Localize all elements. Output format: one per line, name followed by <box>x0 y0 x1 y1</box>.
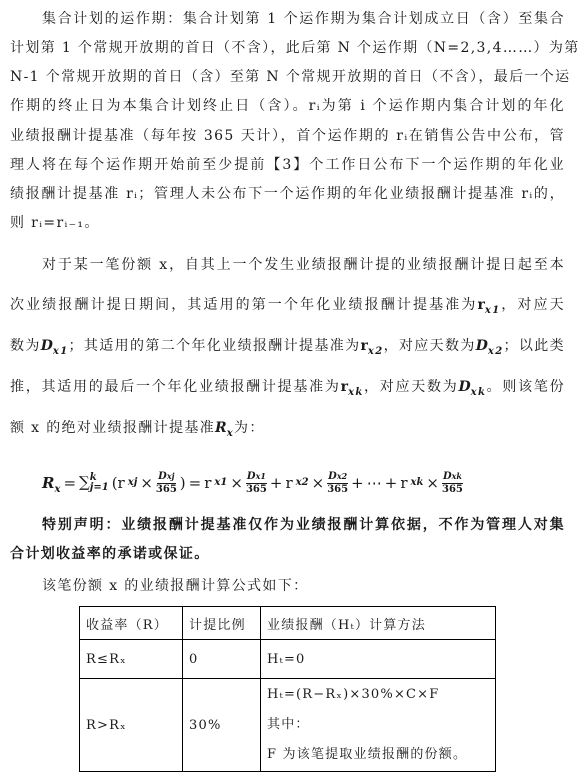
para1-line-1: 集合计划的运作期：集合计划第 1 个运作期为集合计划成立日（含）至集合 <box>42 9 565 29</box>
table-header-row: 收益率（R） 计提比例 业绩报酬（Hₜ）计算方法 <box>80 607 496 640</box>
var-R: R <box>215 420 227 436</box>
para2-line-1: 对于某一笔份额 x，自其上一个发生业绩报酬计提的业绩报酬计提日起至本 <box>42 255 565 275</box>
para2-line-4: 推，其适用的最后一个年化业绩报酬计提基准为rxk，对应天数为Dxk。则该笔份 <box>10 377 565 397</box>
para1-line-5: 业绩报酬计提基准（每年按 365 天计），首个运作期的 rᵢ在销售公告中公布，管 <box>10 126 565 146</box>
term-close: ) <box>180 474 186 492</box>
header-yield-rate: 收益率（R） <box>80 607 183 640</box>
var-sub: x1 <box>53 346 69 357</box>
var-r: r <box>478 297 485 313</box>
var-sub: xk <box>452 471 462 481</box>
var-d: D <box>247 471 256 482</box>
cell-condition: R≤Rₓ <box>80 640 183 679</box>
text: 。则该笔份 <box>486 379 565 395</box>
denominator: 365 <box>246 484 267 496</box>
para1-line-6: 理人将在每个运作期开始前至少提前【3】个工作日公布下一个运作期的年化业 <box>10 155 565 175</box>
sum-symbol: ∑ <box>79 473 90 491</box>
var-d: D <box>443 471 452 482</box>
text: 推，其适用的最后一个年化业绩报酬计提基准为 <box>10 379 341 395</box>
plus-sign: + <box>351 474 364 492</box>
para1-line-3: N-1 个常规开放期的首日（含）至第 N 个常规开放期的首日（不含），最后一个运 <box>10 67 565 87</box>
header-ratio: 计提比例 <box>183 607 261 640</box>
sum-lower: j=1 <box>90 483 109 493</box>
table-row: R>Rₓ 30% Hₜ=(R−Rₓ)×30%×C×F 其中： F 为该笔提取业绩… <box>80 679 496 772</box>
table-intro: 该笔份额 x 的业绩报酬计算公式如下： <box>42 576 565 596</box>
text: 额 x 的绝对业绩报酬计提基准 <box>10 420 215 436</box>
special-notice-line-1: 特别声明：业绩报酬计提基准仅作为业绩报酬计算依据，不作为管理人对集 <box>42 515 565 535</box>
text: 数为 <box>10 338 41 354</box>
benchmark-formula: Rx = ∑kj=1 (rxj × Dxj365 ) = rx1 × Dx136… <box>42 465 463 501</box>
equals-sign: = <box>189 474 202 492</box>
cell-ratio: 30% <box>183 679 261 772</box>
var-r: r <box>285 474 292 492</box>
var-sub: xk <box>471 387 487 398</box>
term-open: (r <box>112 474 125 492</box>
para1-line-7: 绩报酬计提基准 rᵢ；管理人未公布下一个运作期的年化业绩报酬计提基准 rᵢ的， <box>10 184 565 204</box>
var-sub: x1 <box>485 305 501 316</box>
text: 次业绩报酬计提日期间，其适用的第一个年化业绩报酬计提基准为 <box>10 297 478 313</box>
text: ，对应天数为 <box>364 379 459 395</box>
text: ；以此类 <box>504 338 565 354</box>
var-r: r <box>204 474 211 492</box>
var-d: D <box>158 471 167 482</box>
denominator: 365 <box>327 484 348 496</box>
formula-lhs: Rx <box>42 474 60 492</box>
fraction: Dx1365 <box>246 470 267 496</box>
header-method: 业绩报酬（Hₜ）计算方法 <box>261 607 496 640</box>
denominator: 365 <box>156 484 177 496</box>
cell-ratio: 0 <box>183 640 261 679</box>
text: ，对应天数为 <box>384 338 476 354</box>
var-sub: x2 <box>488 346 504 357</box>
var-sub: x2 <box>337 471 347 481</box>
denominator: 365 <box>442 484 463 496</box>
var-sub: xj <box>167 471 175 481</box>
method-where: 其中： <box>267 710 489 740</box>
var-r: r <box>400 474 407 492</box>
equals-sign: = <box>63 474 76 492</box>
var-d: D <box>459 379 471 395</box>
cell-method: Hₜ=0 <box>261 640 496 679</box>
sum: ∑kj=1 <box>79 473 109 493</box>
fraction: Dxk365 <box>442 470 463 496</box>
times-sign: × <box>140 474 153 492</box>
var-d: D <box>41 338 53 354</box>
var-d: D <box>476 338 488 354</box>
fraction: Dx2365 <box>327 470 348 496</box>
text: 为： <box>234 420 265 436</box>
text: ；其适用的第二个年化业绩报酬计提基准为 <box>69 338 361 354</box>
var-R: R <box>42 474 54 492</box>
para2-line-3: 数为Dx1；其适用的第二个年化业绩报酬计提基准为rx2，对应天数为Dx2；以此类 <box>10 336 565 356</box>
ellipsis: ⋯ <box>367 474 382 492</box>
table-row: R≤Rₓ 0 Hₜ=0 <box>80 640 496 679</box>
para1-line-8: 则 rᵢ=rᵢ₋₁。 <box>10 213 565 233</box>
cell-condition: R>Rₓ <box>80 679 183 772</box>
method-f-definition: F 为该笔提取业绩报酬的份额。 <box>267 740 489 770</box>
var-sub: x <box>227 428 234 439</box>
performance-fee-table: 收益率（R） 计提比例 业绩报酬（Hₜ）计算方法 R≤Rₓ 0 Hₜ=0 R>R… <box>79 606 496 772</box>
var-sub: x2 <box>368 346 384 357</box>
var-r: r <box>361 338 368 354</box>
times-sign: × <box>230 474 243 492</box>
var-sub: xk <box>348 387 364 398</box>
plus-sign: + <box>385 474 398 492</box>
times-sign: × <box>426 474 439 492</box>
method-formula: Hₜ=(R−Rₓ)×30%×C×F <box>267 680 489 710</box>
plus-sign: + <box>270 474 283 492</box>
var-r: r <box>341 379 348 395</box>
cell-method: Hₜ=(R−Rₓ)×30%×C×F 其中： F 为该笔提取业绩报酬的份额。 <box>261 679 496 772</box>
fraction: Dxj365 <box>156 470 177 496</box>
para1-line-4: 作期的终止日为本集合计划终止日（含）。rᵢ为第 i 个运作期内集合计划的年化 <box>10 96 565 116</box>
para2-line-5: 额 x 的绝对业绩报酬计提基准Rx为： <box>10 418 565 438</box>
special-notice-line-2: 合计划收益率的承诺或保证。 <box>10 544 565 564</box>
text: ，对应天 <box>501 297 565 313</box>
var-sub: x1 <box>256 471 266 481</box>
para1-line-2: 计划第 1 个常规开放期的首日（不含），此后第 N 个运作期（N=2,3,4……… <box>10 38 565 58</box>
var-sub: x <box>54 484 60 495</box>
var-d: D <box>328 471 337 482</box>
para2-line-2: 次业绩报酬计提日期间，其适用的第一个年化业绩报酬计提基准为rx1，对应天 <box>10 295 565 315</box>
times-sign: × <box>312 474 325 492</box>
